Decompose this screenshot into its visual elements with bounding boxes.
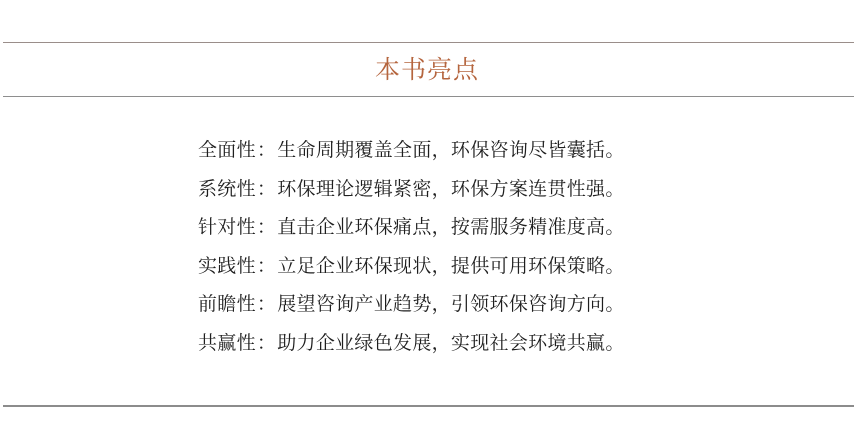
highlight-label: 系统性 [198,178,256,200]
highlight-text: 环保理论逻辑紧密，环保方案连贯性强。 [277,178,624,200]
highlight-text: 立足企业环保现状，提供可用环保策略。 [277,255,624,277]
highlight-label: 实践性 [198,255,256,277]
top-divider [3,42,854,43]
highlight-text: 生命周期覆盖全面，环保咨询尽皆囊括。 [277,139,624,161]
highlight-label: 前瞻性 [198,293,256,315]
highlight-separator: ： [257,293,276,315]
highlight-text: 直击企业环保痛点，按需服务精准度高。 [277,216,624,238]
highlight-separator: ： [257,216,276,238]
highlight-item: 共赢性：助力企业绿色发展，实现社会环境共赢。 [198,324,625,363]
highlight-separator: ： [257,255,276,277]
highlight-text: 助力企业绿色发展，实现社会环境共赢。 [277,332,624,354]
highlight-label: 针对性 [198,216,256,238]
highlights-list: 全面性：生命周期覆盖全面，环保咨询尽皆囊括。 系统性：环保理论逻辑紧密，环保方案… [198,131,625,362]
highlight-item: 前瞻性：展望咨询产业趋势，引领环保咨询方向。 [198,285,625,324]
highlight-separator: ： [257,139,276,161]
highlight-item: 系统性：环保理论逻辑紧密，环保方案连贯性强。 [198,170,625,209]
highlight-item: 针对性：直击企业环保痛点，按需服务精准度高。 [198,208,625,247]
highlight-separator: ： [257,178,276,200]
section-title: 本书亮点 [0,52,854,88]
highlight-item: 实践性：立足企业环保现状，提供可用环保策略。 [198,247,625,286]
highlight-item: 全面性：生命周期覆盖全面，环保咨询尽皆囊括。 [198,131,625,170]
highlight-separator: ： [257,332,276,354]
highlight-label: 共赢性 [198,332,256,354]
highlight-label: 全面性 [198,139,256,161]
highlight-text: 展望咨询产业趋势，引领环保咨询方向。 [277,293,624,315]
bottom-divider [3,405,854,407]
title-divider [3,96,854,97]
